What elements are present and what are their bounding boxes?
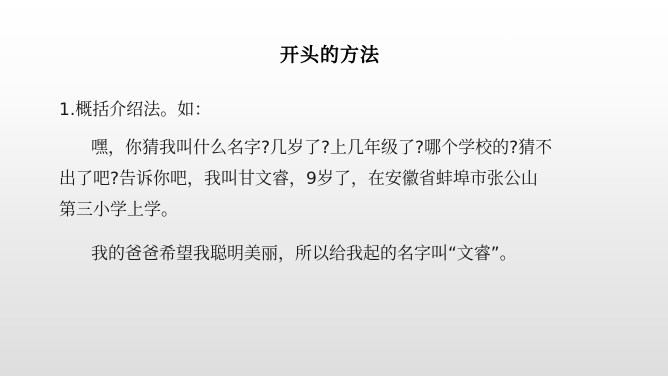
paragraph-line-text: 嘿，你猜我叫什么名字?几岁了?上几年级了?哪个学校的?猜不 [91,138,552,158]
slide-title: 开头的方法 [0,40,664,67]
example-paragraph-2: 我的爸爸希望我聪明美丽，所以给我起的名字叫“文睿”。 [59,239,629,270]
paragraph-line: 我的爸爸希望我聪明美丽，所以给我起的名字叫“文睿”。 [59,239,629,270]
paragraph-line: 出了吧?告诉你吧，我叫甘文睿，9岁了，在安徽省蚌埠市张公山 [59,164,629,195]
method-heading: 1.概括介绍法。如： [59,95,211,120]
example-paragraph-1: 嘿，你猜我叫什么名字?几岁了?上几年级了?哪个学校的?猜不 出了吧?告诉你吧，我… [59,133,629,226]
paragraph-line-text: 我的爸爸希望我聪明美丽，所以给我起的名字叫“文睿”。 [91,244,517,264]
paragraph-line: 嘿，你猜我叫什么名字?几岁了?上几年级了?哪个学校的?猜不 [59,133,629,164]
slide: 开头的方法 1.概括介绍法。如： 嘿，你猜我叫什么名字?几岁了?上几年级了?哪个… [0,0,668,376]
paragraph-line: 第三小学上学。 [59,195,629,226]
